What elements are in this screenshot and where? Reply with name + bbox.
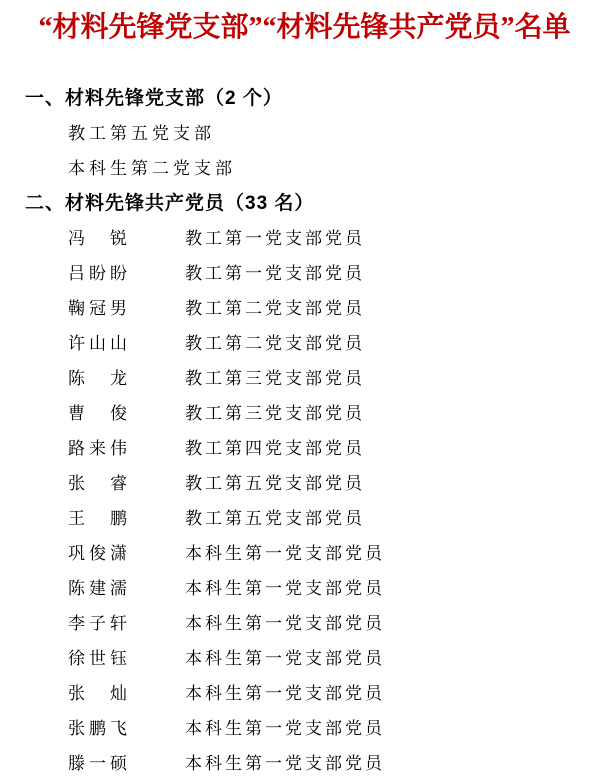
member-branch: 教工第二党支部党员 — [185, 299, 365, 318]
member-branch: 教工第一党支部党员 — [185, 264, 365, 283]
member-branch: 本科生第一党支部党员 — [185, 579, 385, 598]
member-row: 鞠冠男教工第二党支部党员 — [68, 291, 609, 326]
member-branch: 教工第二党支部党员 — [185, 334, 365, 353]
member-row: 徐世钰本科生第一党支部党员 — [68, 641, 609, 676]
member-name: 王 鹏 — [68, 501, 185, 536]
member-row: 吕盼盼教工第一党支部党员 — [68, 256, 609, 291]
member-branch: 教工第三党支部党员 — [185, 369, 365, 388]
member-row: 王 鹏教工第五党支部党员 — [68, 501, 609, 536]
member-branch: 本科生第一党支部党员 — [185, 614, 385, 633]
member-branch: 本科生第一党支部党员 — [185, 649, 385, 668]
member-branch: 本科生第一党支部党员 — [185, 684, 385, 703]
member-name: 张鹏飞 — [68, 711, 185, 746]
member-branch: 教工第五党支部党员 — [185, 509, 365, 528]
member-branch: 教工第三党支部党员 — [185, 404, 365, 423]
branch-list-item: 本科生第二党支部 — [68, 151, 609, 186]
member-row: 曹 俊教工第三党支部党员 — [68, 396, 609, 431]
member-branch: 本科生第一党支部党员 — [185, 754, 385, 773]
document-page: “材料先锋党支部”“材料先锋共产党员”名单 一、材料先锋党支部（2 个） 教工第… — [0, 10, 609, 779]
member-branch: 本科生第一党支部党员 — [185, 719, 385, 738]
document-title: “材料先锋党支部”“材料先锋共产党员”名单 — [8, 10, 601, 46]
member-name: 徐世钰 — [68, 641, 185, 676]
branch-list-item: 教工第五党支部 — [68, 116, 609, 151]
member-name: 冯 锐 — [68, 221, 185, 256]
member-row: 陈 龙教工第三党支部党员 — [68, 361, 609, 396]
member-branch: 本科生第一党支部党员 — [185, 544, 385, 563]
member-row: 巩俊潇本科生第一党支部党员 — [68, 536, 609, 571]
member-row: 冯 锐教工第一党支部党员 — [68, 221, 609, 256]
member-name: 路来伟 — [68, 431, 185, 466]
member-name: 张 灿 — [68, 676, 185, 711]
member-row: 许山山教工第二党支部党员 — [68, 326, 609, 361]
section-heading-members: 二、材料先锋共产党员（33 名） — [25, 186, 609, 221]
member-name: 滕一硕 — [68, 746, 185, 779]
member-branch: 教工第五党支部党员 — [185, 474, 365, 493]
member-row: 张鹏飞本科生第一党支部党员 — [68, 711, 609, 746]
member-name: 李子轩 — [68, 606, 185, 641]
member-row: 滕一硕本科生第一党支部党员 — [68, 746, 609, 779]
member-name: 张 睿 — [68, 466, 185, 501]
document-body: 一、材料先锋党支部（2 个） 教工第五党支部 本科生第二党支部 二、材料先锋共产… — [0, 81, 609, 779]
member-row: 张 睿教工第五党支部党员 — [68, 466, 609, 501]
member-branch: 教工第一党支部党员 — [185, 229, 365, 248]
member-branch: 教工第四党支部党员 — [185, 439, 365, 458]
member-name: 曹 俊 — [68, 396, 185, 431]
member-name: 巩俊潇 — [68, 536, 185, 571]
member-name: 鞠冠男 — [68, 291, 185, 326]
section-heading-branches: 一、材料先锋党支部（2 个） — [25, 81, 609, 116]
member-name: 陈 龙 — [68, 361, 185, 396]
member-row: 张 灿本科生第一党支部党员 — [68, 676, 609, 711]
member-name: 陈建濡 — [68, 571, 185, 606]
member-row: 路来伟教工第四党支部党员 — [68, 431, 609, 466]
member-row: 陈建濡本科生第一党支部党员 — [68, 571, 609, 606]
member-name: 许山山 — [68, 326, 185, 361]
member-name: 吕盼盼 — [68, 256, 185, 291]
member-row: 李子轩本科生第一党支部党员 — [68, 606, 609, 641]
